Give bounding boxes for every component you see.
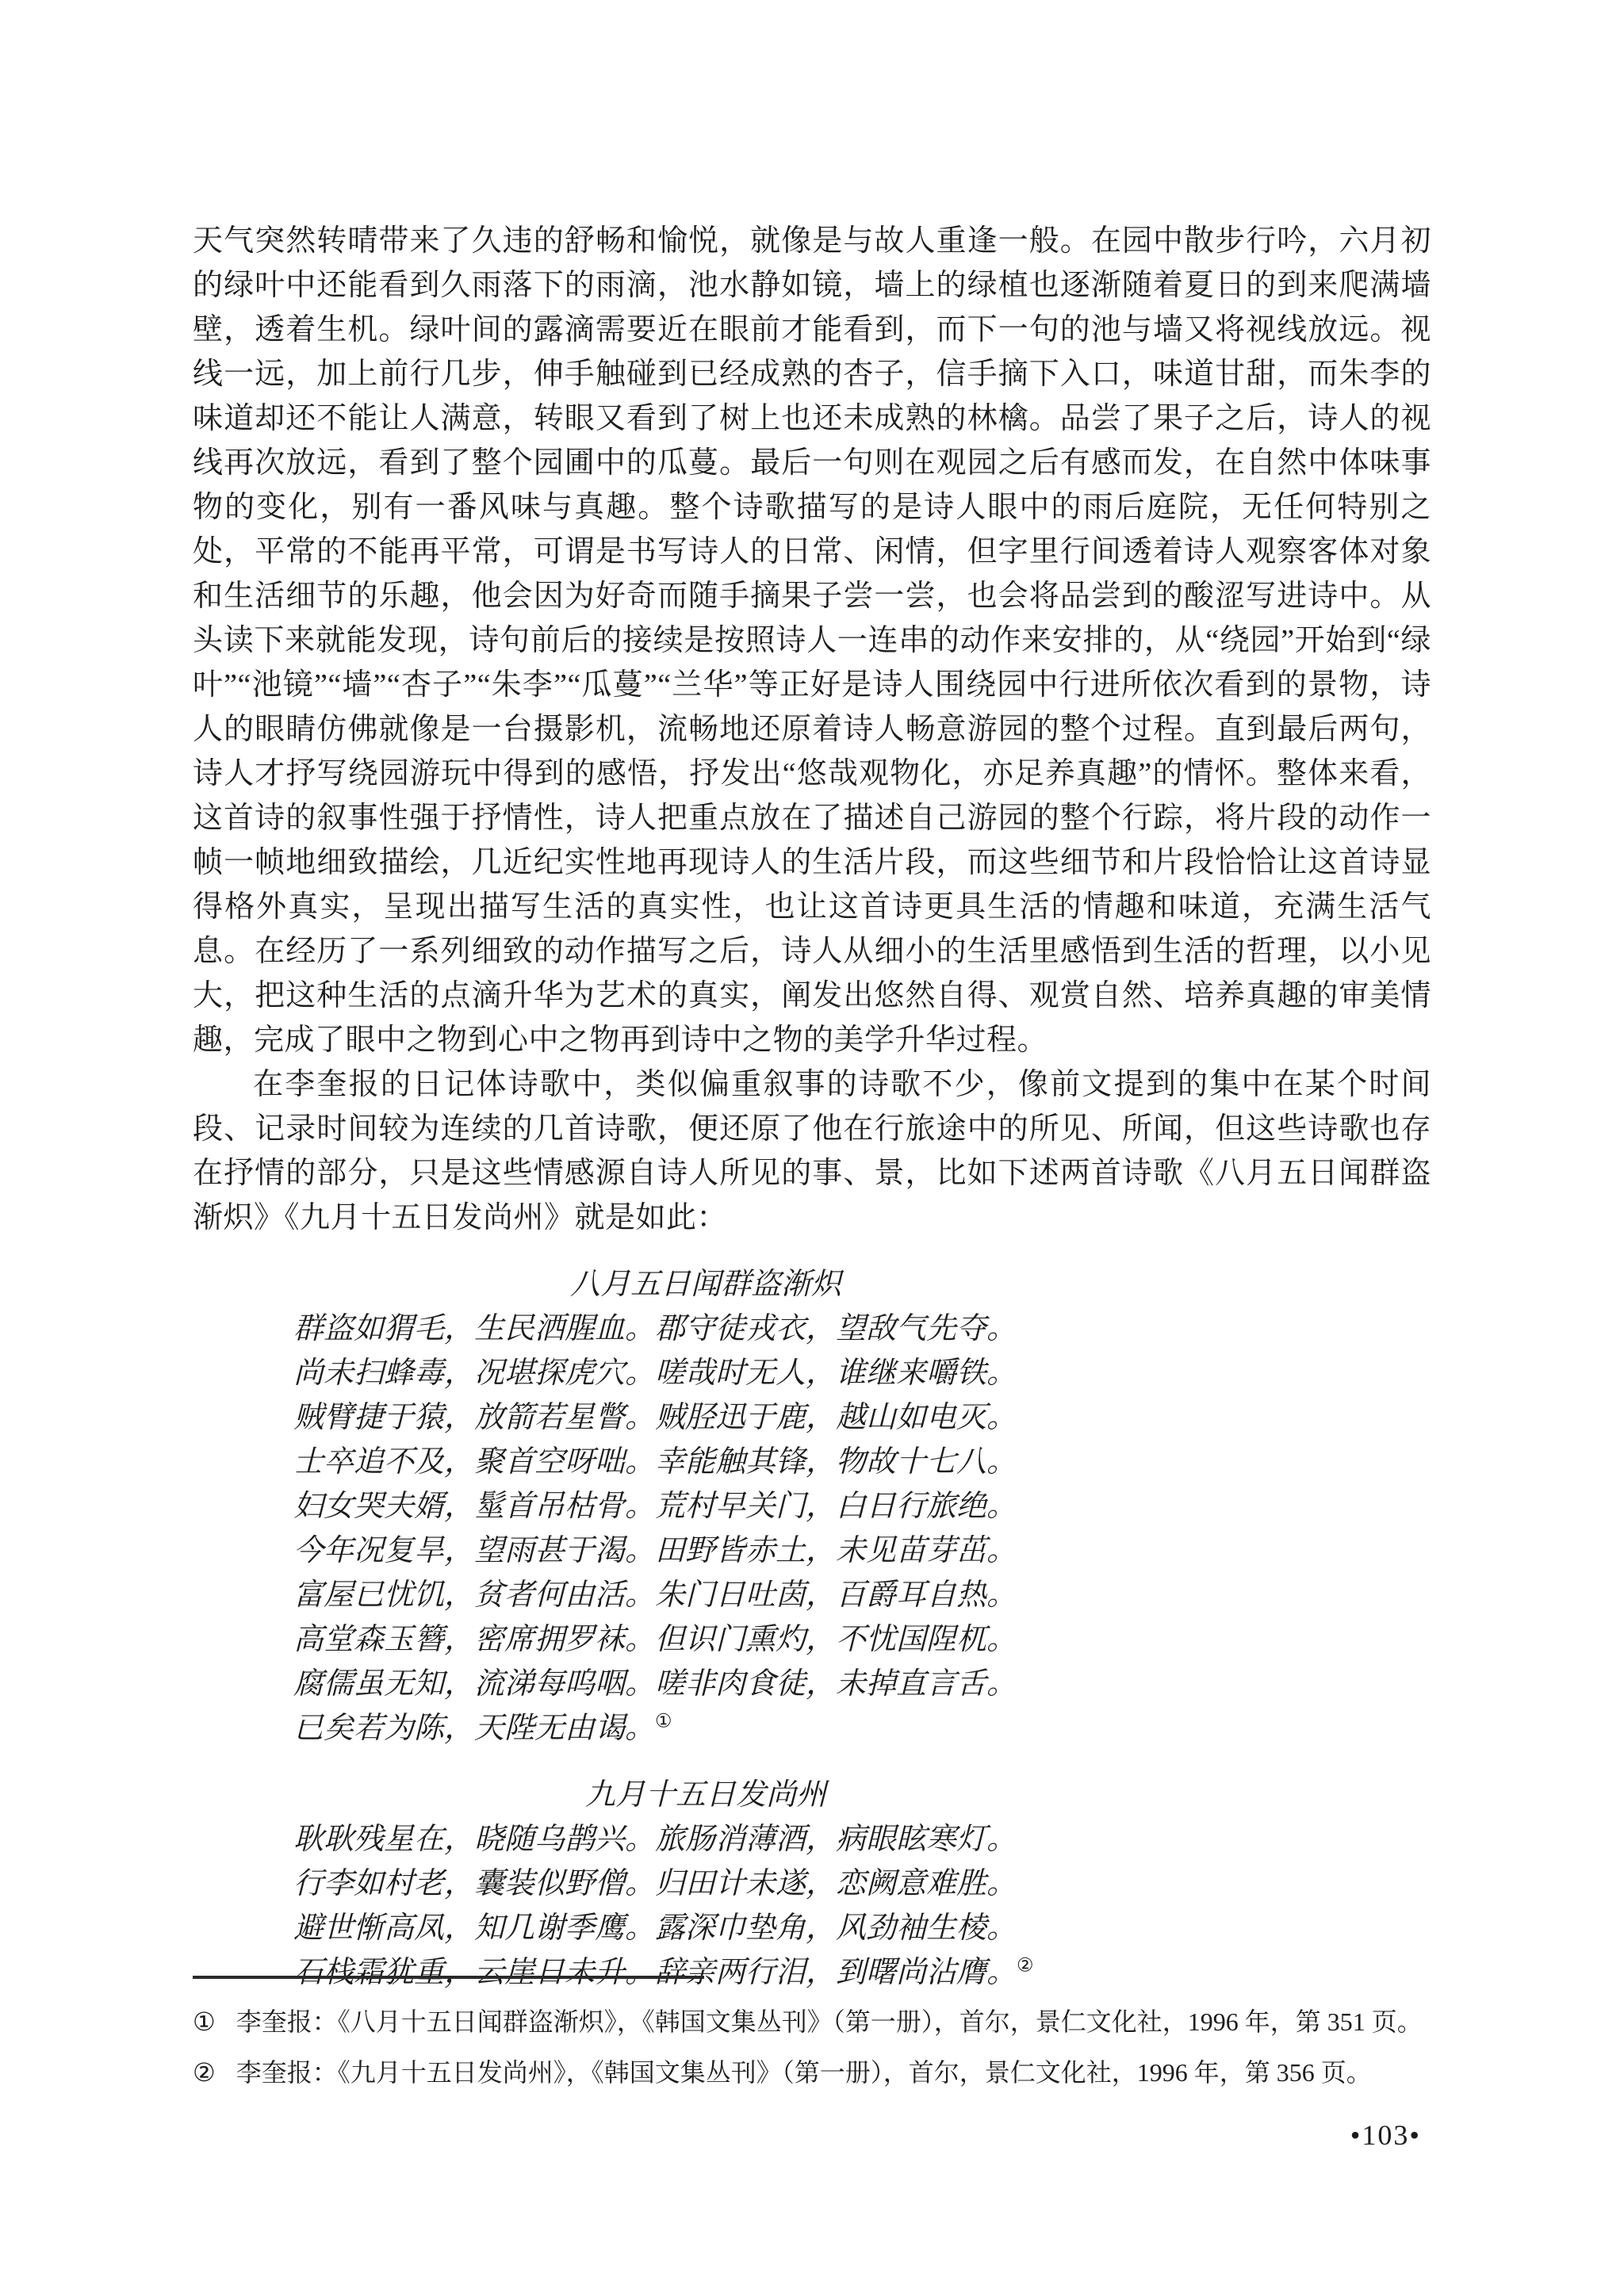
poem-line: 耿耿残星在，晓随乌鹊兴。旅肠消薄酒，病眼眩寒灯。	[293, 1817, 1431, 1862]
footnote-2: ② 李奎报：《九月十五日发尚州》，《韩国文集丛刊》（第一册），首尔，景仁文化社，…	[193, 2047, 1431, 2098]
poem-line: 群盗如猬毛，生民洒腥血。郡守徒戎衣，望敌气先夺。	[293, 1307, 1431, 1351]
footnote-ref-2: ②	[1017, 1955, 1034, 1976]
footnote-text: 李奎报：《九月十五日发尚州》，《韩国文集丛刊》（第一册），首尔，景仁文化社，19…	[236, 2047, 1431, 2098]
paragraph-analysis: 天气突然转晴带来了久违的舒畅和愉悦，就像是与故人重逢一般。在园中散步行吟，六月初…	[193, 219, 1431, 1062]
poem-block-september: 九月十五日发尚州 耿耿残星在，晓随乌鹊兴。旅肠消薄酒，病眼眩寒灯。 行李如村老，…	[193, 1773, 1431, 1995]
footnote-1: ① 李奎报：《八月十五日闻群盗渐炽》，《韩国文集丛刊》（第一册），首尔，景仁文化…	[193, 1996, 1431, 2047]
poem-line: 避世惭高凤，知几谢季鹰。露深巾垫角，风劲袖生棱。	[293, 1906, 1431, 1950]
poem-line: 贼臂捷于猿，放箭若星瞥。贼胫迅于鹿，越山如电灭。	[293, 1395, 1431, 1440]
paragraph-intro-poems: 在李奎报的日记体诗歌中，类似偏重叙事的诗歌不少，像前文提到的集中在某个时间段、记…	[193, 1062, 1431, 1240]
poem-line: 尚未扫蜂毒，况堪探虎穴。嗟哉时无人，谁继来嚼铁。	[293, 1351, 1431, 1395]
poem-line: 已矣若为陈，天陛无由谒。①	[293, 1706, 1431, 1751]
poem-line: 富屋已忧饥，贫者何由活。朱门日吐茵，百爵耳自热。	[293, 1573, 1431, 1617]
footnote-marker: ①	[193, 1996, 216, 2047]
poem-block-august: 八月五日闻群盗渐炽 群盗如猬毛，生民洒腥血。郡守徒戎衣，望敌气先夺。 尚未扫蜂毒…	[193, 1262, 1431, 1751]
document-page: 天气突然转晴带来了久违的舒畅和愉悦，就像是与故人重逢一般。在园中散步行吟，六月初…	[0, 0, 1624, 2296]
footnote-ref-1: ①	[655, 1711, 672, 1732]
footnote-separator	[193, 1976, 704, 1979]
footnote-text: 李奎报：《八月十五日闻群盗渐炽》，《韩国文集丛刊》（第一册），首尔，景仁文化社，…	[236, 1996, 1431, 2047]
page-number: •103•	[1350, 2118, 1421, 2152]
poem-line: 士卒追不及，聚首空呀咄。幸能触其锋，物故十七八。	[293, 1440, 1431, 1484]
poem-title-september: 九月十五日发尚州	[293, 1773, 1118, 1817]
footnotes-section: ① 李奎报：《八月十五日闻群盗渐炽》，《韩国文集丛刊》（第一册），首尔，景仁文化…	[193, 1976, 1431, 2098]
poem-line-text: 已矣若为陈，天陛无由谒。	[293, 1712, 655, 1745]
poem-line: 高堂森玉簪，密席拥罗袜。但识门熏灼，不忧国陧杌。	[293, 1617, 1431, 1662]
text-column: 天气突然转晴带来了久违的舒畅和愉悦，就像是与故人重逢一般。在园中散步行吟，六月初…	[193, 219, 1431, 1995]
poem-title-august: 八月五日闻群盗渐炽	[293, 1262, 1118, 1307]
footnote-marker: ②	[193, 2047, 216, 2098]
poem-line: 腐儒虽无知，流涕每呜咽。嗟非肉食徒，未掉直言舌。	[293, 1662, 1431, 1706]
poem-line: 今年况复旱，望雨甚于渴。田野皆赤土，未见苗芽茁。	[293, 1529, 1431, 1573]
poem-line: 行李如村老，囊装似野僧。归田计未遂，恋阙意难胜。	[293, 1862, 1431, 1906]
poem-line: 妇女哭夫婿，髽首吊枯骨。荒村早关门，白日行旅绝。	[293, 1484, 1431, 1529]
